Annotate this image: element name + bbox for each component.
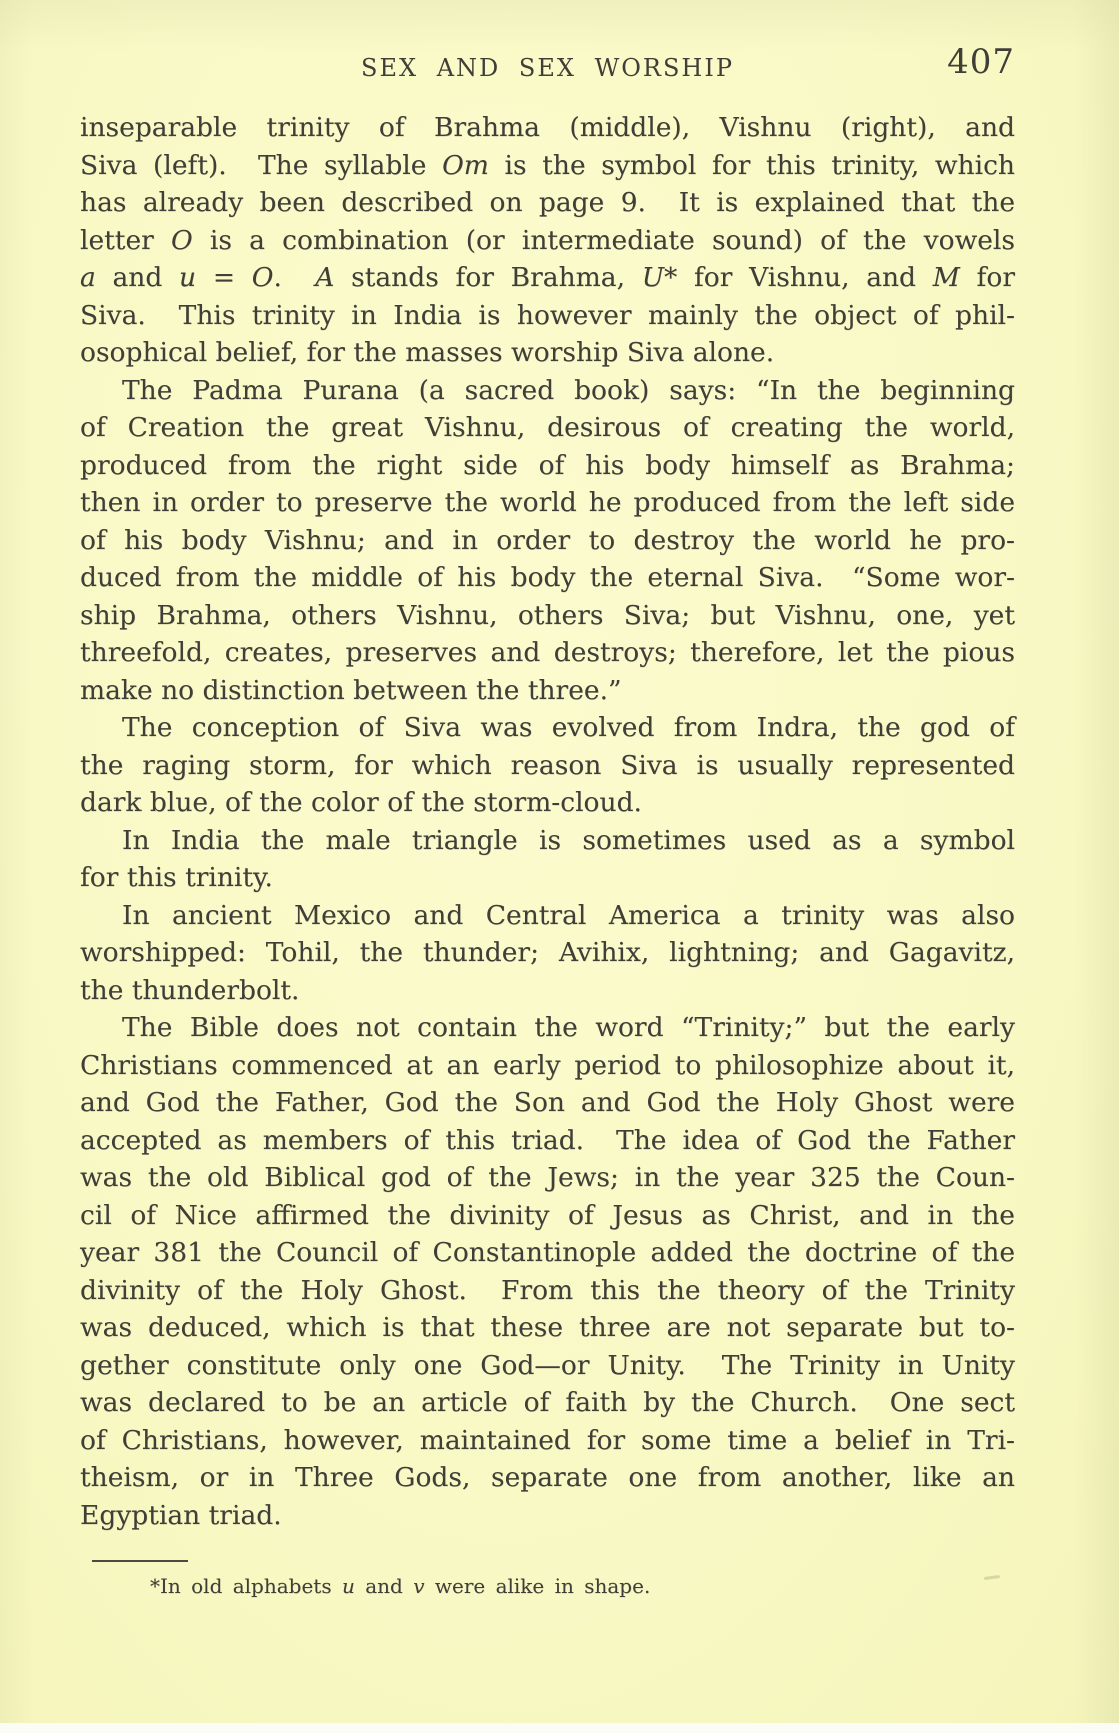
- text-line: cil of Nice affirmed the divinity of Jes…: [80, 1197, 1015, 1235]
- text-line: divinity of the Holy Ghost. From this th…: [80, 1272, 1015, 1310]
- text-line: gether constitute only one God—or Unity.…: [80, 1347, 1015, 1385]
- text-line: threefold, creates, preserves and destro…: [80, 634, 1015, 672]
- running-title: SEX AND SEX WORSHIP: [80, 54, 1015, 82]
- text-line: Christians commenced at an early period …: [80, 1047, 1015, 1085]
- text-line: The Padma Purana (a sacred book) says: “…: [80, 372, 1015, 410]
- page-body: inseparable trinity of Brahma (middle), …: [80, 109, 1015, 1534]
- text-line: a and u = O. A stands for Brahma, U* for…: [80, 259, 1015, 297]
- text-line: Siva. This trinity in India is however m…: [80, 297, 1015, 335]
- text-line: letter O is a combination (or intermedia…: [80, 222, 1015, 260]
- text-line: of Christians, however, maintained for s…: [80, 1422, 1015, 1460]
- text-line: for this trinity.: [80, 859, 1015, 897]
- text-line: In India the male triangle is sometimes …: [80, 822, 1015, 860]
- text-line: was declared to be an article of faith b…: [80, 1384, 1015, 1422]
- text-line: the raging storm, for which reason Siva …: [80, 747, 1015, 785]
- text-line: inseparable trinity of Brahma (middle), …: [80, 109, 1015, 147]
- text-line: the thunderbolt.: [80, 972, 1015, 1010]
- text-line: worshipped: Tohil, the thunder; Avihix, …: [80, 934, 1015, 972]
- text-line: make no distinction between the three.”: [80, 672, 1015, 710]
- text-line: The Bible does not contain the word “Tri…: [80, 1009, 1015, 1047]
- text-line: year 381 the Council of Constantinople a…: [80, 1234, 1015, 1272]
- footnote: *In old alphabets u and v were alike in …: [80, 1572, 1015, 1600]
- text-line: theism, or in Three Gods, separate one f…: [80, 1459, 1015, 1497]
- text-line: then in order to preserve the world he p…: [80, 484, 1015, 522]
- text-line: The conception of Siva was evolved from …: [80, 709, 1015, 747]
- scan-edge-strip: [0, 1723, 1119, 1733]
- text-line: has already been described on page 9. It…: [80, 184, 1015, 222]
- text-line: In ancient Mexico and Central America a …: [80, 897, 1015, 935]
- text-line: and God the Father, God the Son and God …: [80, 1084, 1015, 1122]
- text-line: ship Brahma, others Vishnu, others Siva;…: [80, 597, 1015, 635]
- text-line: was deduced, which is that these three a…: [80, 1309, 1015, 1347]
- text-line: of Creation the great Vishnu, desirous o…: [80, 409, 1015, 447]
- footnote-separator: [92, 1560, 188, 1562]
- text-line: of his body Vishnu; and in order to dest…: [80, 522, 1015, 560]
- text-line: duced from the middle of his body the et…: [80, 559, 1015, 597]
- text-line: osophical belief, for the masses worship…: [80, 334, 1015, 372]
- text-line: Siva (left). The syllable Om is the symb…: [80, 147, 1015, 185]
- page-number: 407: [947, 42, 1015, 82]
- text-line: accepted as members of this triad. The i…: [80, 1122, 1015, 1160]
- running-head: SEX AND SEX WORSHIP 407: [80, 48, 1015, 88]
- book-page-scan: SEX AND SEX WORSHIP 407 inseparable trin…: [0, 0, 1119, 1733]
- text-line: produced from the right side of his body…: [80, 447, 1015, 485]
- text-line: Egyptian triad.: [80, 1497, 1015, 1535]
- text-line: dark blue, of the color of the storm-clo…: [80, 784, 1015, 822]
- text-line: was the old Biblical god of the Jews; in…: [80, 1159, 1015, 1197]
